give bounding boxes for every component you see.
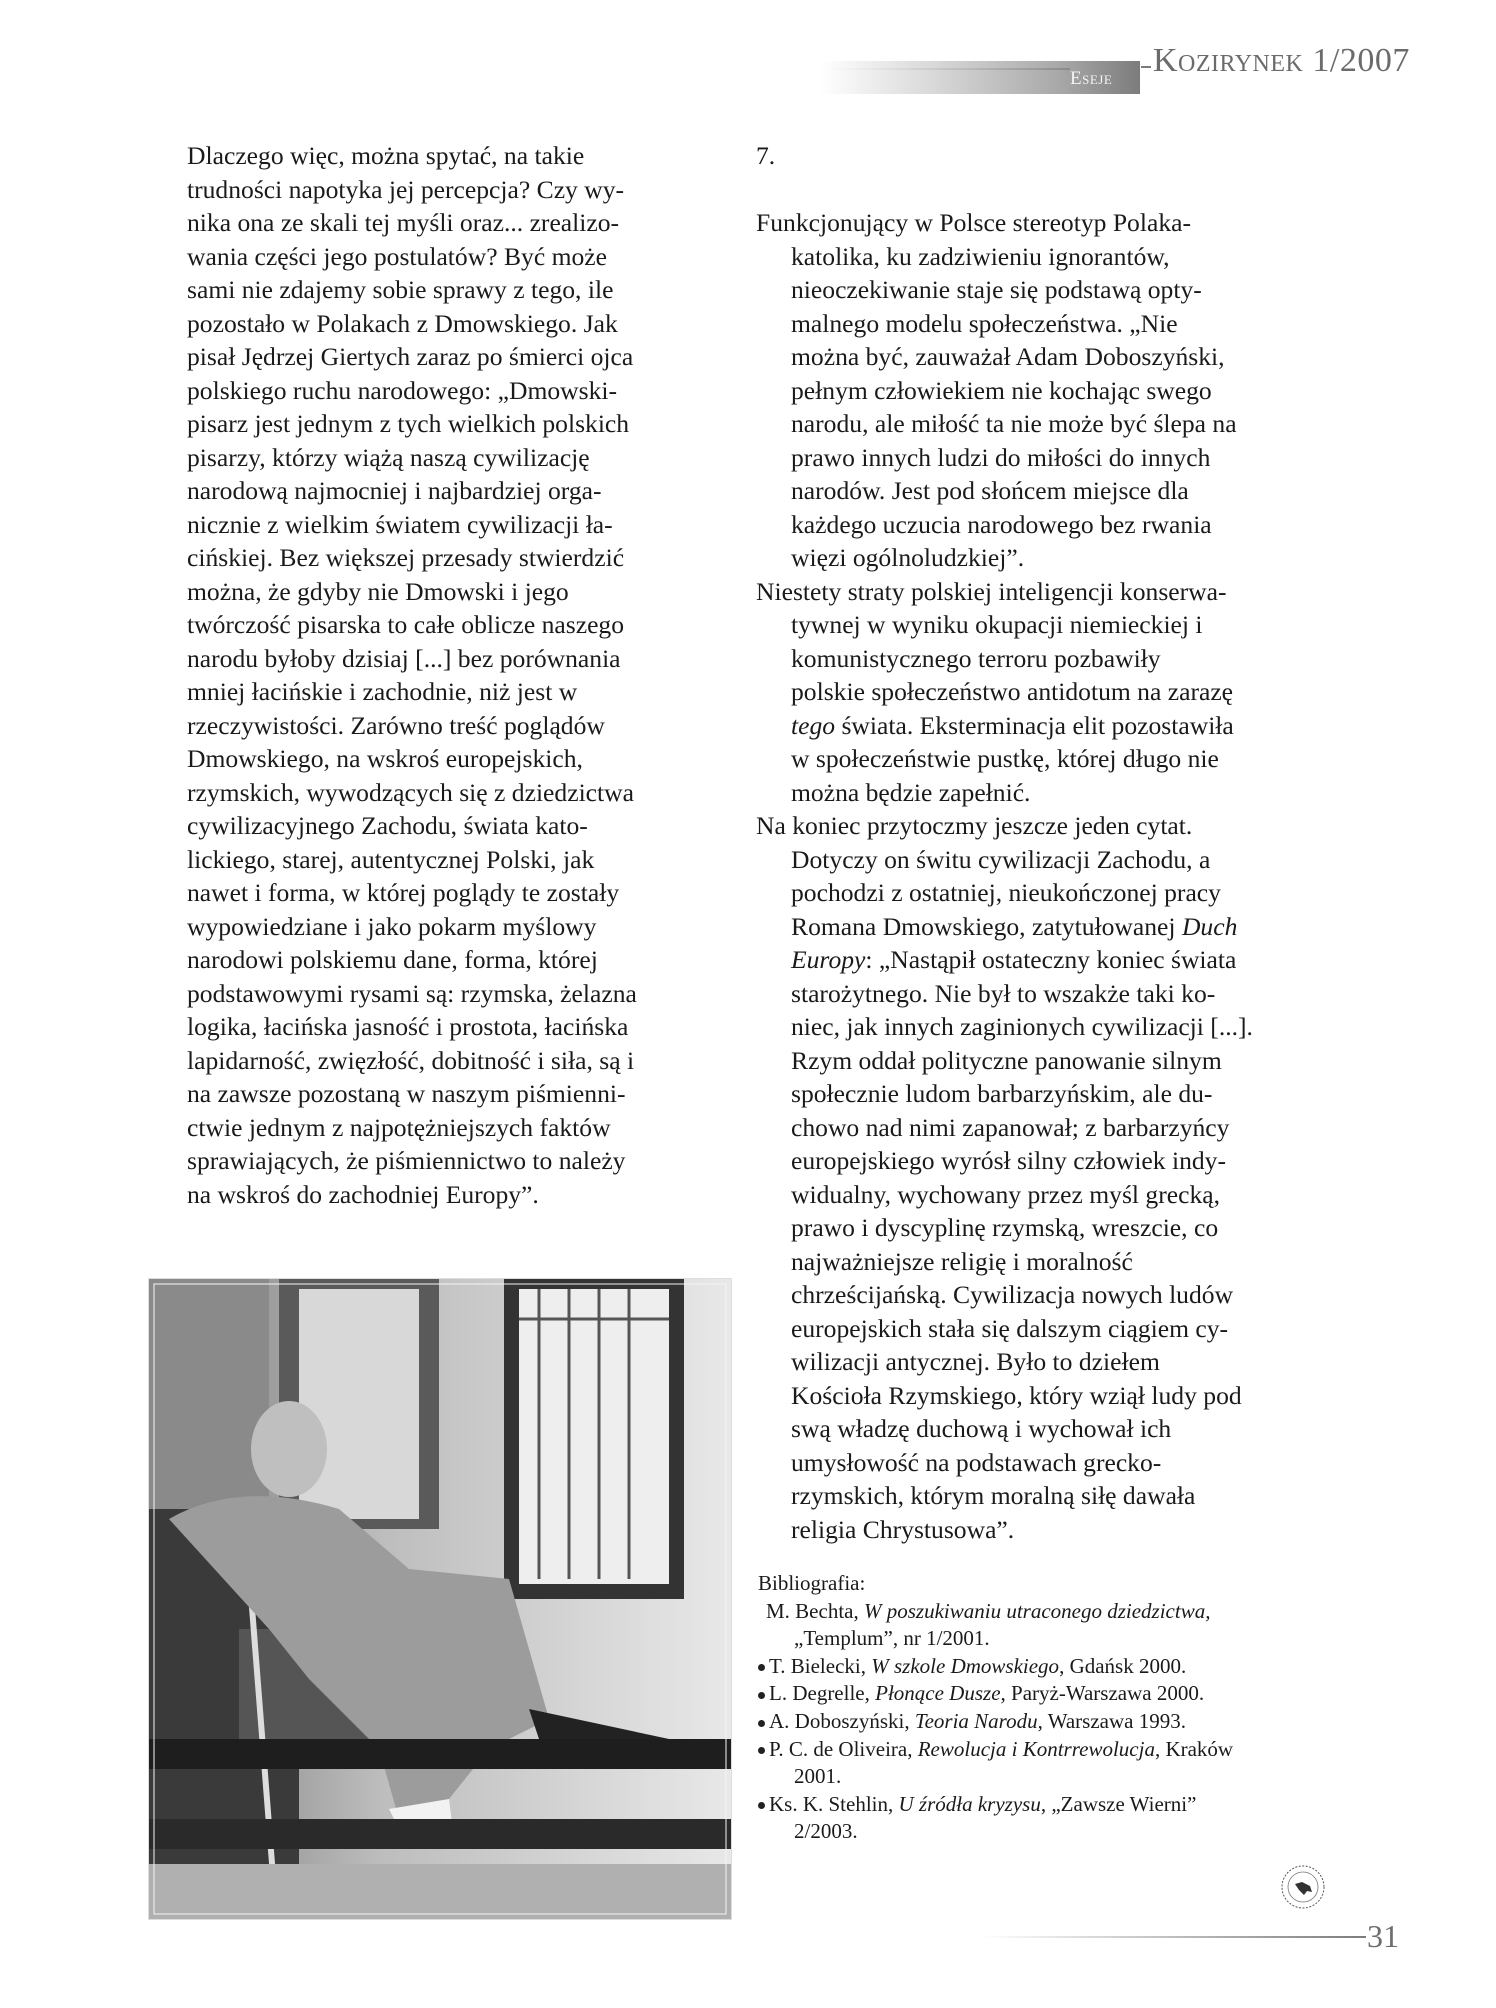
paragraph-line: można, że gdyby nie Dmowski i jego (187, 575, 747, 609)
paragraph-quote: Na koniec przytoczmy jeszcze jeden cytat… (756, 809, 1356, 1546)
paragraph-line: narodów. Jest pod słońcem miejsce dla (756, 474, 1356, 508)
bibliography-entry: Ks. K. Stehlin, U źródła kryzysu, „Zawsz… (758, 1791, 1358, 1819)
paragraph-line: lickiego, starej, autentycznej Polski, j… (187, 843, 747, 877)
paragraph-line: pozostało w Polakach z Dmowskiego. Jak (187, 307, 747, 341)
footer-rule (980, 1936, 1366, 1938)
paragraph-line: prawo i dyscyplinę rzymską, wreszcie, co (756, 1211, 1356, 1245)
paragraph-line: widualny, wychowany przez myśl grecką, (756, 1178, 1356, 1212)
paragraph-line: Romana Dmowskiego, zatytułowanej Duch (756, 910, 1356, 944)
entry-author: P. C. de Oliveira, (769, 1737, 918, 1761)
paragraph-line: sami nie zdajemy sobie sprawy z tego, il… (187, 273, 747, 307)
entry-title: Teoria Narodu (915, 1709, 1038, 1733)
paragraph-line: Dmowskiego, na wskroś europejskich, (187, 742, 747, 776)
paragraph-line: Europy: „Nastąpił ostateczny koniec świa… (756, 943, 1356, 977)
paragraph-line: cywilizacyjnego Zachodu, świata kato- (187, 809, 747, 843)
paragraph-line: więzi ogólnoludzkiej”. (756, 541, 1356, 575)
paragraph-line: można być, zauważał Adam Doboszyński, (756, 340, 1356, 374)
paragraph-line: nika ona ze skali tej myśli oraz... zrea… (187, 206, 747, 240)
paragraph-line: europejskich stała się dalszym ciągiem c… (756, 1312, 1356, 1346)
paragraph-line: narodu, ale miłość ta nie może być ślepa… (756, 407, 1356, 441)
section-label: Eseje (1070, 68, 1112, 90)
entry-author: T. Bielecki, (769, 1654, 871, 1678)
paragraph-line: narodowi polskiemu dane, forma, której (187, 943, 747, 977)
paragraph-line: sprawiających, że piśmiennictwo to należ… (187, 1144, 747, 1178)
entry-author: M. Bechta, (766, 1599, 864, 1623)
paragraph-line: logika, łacińska jasność i prostota, łac… (187, 1010, 747, 1044)
entry-title: Płonące Dusze (875, 1681, 1000, 1705)
bibliography-entry: L. Degrelle, Płonące Dusze, Paryż-Warsza… (758, 1680, 1358, 1708)
bibliography-entry-continuation: 2/2003. (758, 1818, 1358, 1846)
paragraph-line: swą władzę duchową i wychował ich (756, 1412, 1356, 1446)
paragraph-line: polskiego ruchu narodowego: „Dmowski- (187, 374, 747, 408)
bibliography-heading: Bibliografia: (758, 1570, 1358, 1598)
book-title: Europy (791, 945, 865, 974)
bullet-icon (758, 1664, 765, 1671)
entry-title: U źródła kryzysu (899, 1792, 1041, 1816)
paragraph-line: Niestety straty polskiej inteligencji ko… (756, 575, 1356, 609)
paragraph-line: Dotyczy on świtu cywilizacji Zachodu, a (756, 843, 1356, 877)
paragraph-line: narodową najmocniej i najbardziej orga- (187, 474, 747, 508)
paragraph-line: ctwie jednym z najpotężniejszych faktów (187, 1111, 747, 1145)
paragraph-line: malnego modelu społeczeństwa. „Nie (756, 307, 1356, 341)
bibliography-entry: A. Doboszyński, Teoria Narodu, Warszawa … (758, 1708, 1358, 1736)
paragraph-line: cińskiej. Bez większej przesady stwierdz… (187, 541, 747, 575)
portrait-photo (148, 1278, 732, 1920)
paragraph-line: rzymskich, wywodzących się z dziedzictwa (187, 776, 747, 810)
paragraph-line: rzymskich, którym moralną siłę dawała (756, 1479, 1356, 1513)
paragraph-line: niec, jak innych zaginionych cywilizacji… (756, 1010, 1356, 1044)
right-column: 7. Funkcjonujący w Polsce stereotyp Pola… (756, 139, 1356, 1546)
paragraph-line: wilizacji antycznej. Było to dziełem (756, 1345, 1356, 1379)
bibliography-entry-continuation: „Templum”, nr 1/2001. (758, 1625, 1358, 1653)
entry-details: , Warszawa 1993. (1038, 1709, 1186, 1733)
paragraph-line: nieoczekiwanie staje się podstawą opty- (756, 273, 1356, 307)
paragraph-line: chowo nad nimi zapanował; z barbarzyńcy (756, 1111, 1356, 1145)
paragraph-line: mniej łacińskie i zachodnie, niż jest w (187, 675, 747, 709)
header-rule (820, 68, 1070, 70)
entry-author: A. Doboszyński, (769, 1709, 915, 1733)
publisher-seal-icon (1280, 1864, 1326, 1910)
paragraph-losses: Niestety straty polskiej inteligencji ko… (756, 575, 1356, 810)
paragraph-line: pisarz jest jednym z tych wielkich polsk… (187, 407, 747, 441)
bullet-icon (758, 1802, 765, 1809)
paragraph-line: rzeczywistości. Zarówno treść poglądów (187, 709, 747, 743)
bibliography-entry: M. Bechta, W poszukiwaniu utraconego dzi… (758, 1598, 1358, 1626)
entry-details: , Kraków (1155, 1737, 1233, 1761)
page-number: 31 (1367, 1918, 1399, 1955)
entry-author: L. Degrelle, (769, 1681, 875, 1705)
paragraph-line: europejskiego wyrósł silny człowiek indy… (756, 1144, 1356, 1178)
paragraph-line: polskie społeczeństwo antidotum na zaraz… (756, 675, 1356, 709)
paragraph-line: Funkcjonujący w Polsce stereotyp Polaka- (756, 206, 1356, 240)
left-column: Dlaczego więc, można spytać, na takietru… (187, 139, 747, 1211)
paragraph-line: na zawsze pozostaną w naszym piśmienni- (187, 1077, 747, 1111)
bullet-icon (758, 1692, 765, 1699)
paragraph-line: najważniejsze religię i moralność (756, 1245, 1356, 1279)
paragraph-line: pełnym człowiekiem nie kochając swego (756, 374, 1356, 408)
header-dash (1141, 66, 1151, 68)
entry-details: , Paryż-Warszawa 2000. (1001, 1681, 1205, 1705)
entry-author: Ks. K. Stehlin, (769, 1792, 899, 1816)
paragraph-line: komunistycznego terroru pozbawiły (756, 642, 1356, 676)
entry-title: Rewolucja i Kontrrewolucja (918, 1737, 1155, 1761)
bullet-icon (758, 1720, 765, 1727)
paragraph-line: pisał Jędrzej Giertych zaraz po śmierci … (187, 340, 747, 374)
paragraph-line: społecznie ludom barbarzyńskim, ale du- (756, 1077, 1356, 1111)
paragraph-line: wania części jego postulatów? Być może (187, 240, 747, 274)
magazine-title: Kozirynek 1/2007 (1153, 42, 1410, 80)
paragraph-line: trudności napotyka jej percepcja? Czy wy… (187, 173, 747, 207)
paragraph-line: Rzym oddał polityczne panowanie silnym (756, 1044, 1356, 1078)
bibliography-entry: T. Bielecki, W szkole Dmowskiego, Gdańsk… (758, 1653, 1358, 1681)
paragraph-line: na wskroś do zachodniej Europy”. (187, 1178, 747, 1212)
entry-title: W szkole Dmowskiego (871, 1654, 1059, 1678)
bullet-icon (758, 1747, 765, 1754)
bibliography: Bibliografia: M. Bechta, W poszukiwaniu … (758, 1570, 1358, 1846)
paragraph-line: Na koniec przytoczmy jeszcze jeden cytat… (756, 809, 1356, 843)
entry-title: W poszukiwaniu utraconego dziedzictwa, (864, 1599, 1210, 1623)
paragraph-line: w społeczeństwie pustkę, której długo ni… (756, 742, 1356, 776)
paragraph-line: starożytnego. Nie był to wszakże taki ko… (756, 977, 1356, 1011)
emphasis-word: tego (791, 711, 835, 740)
paragraph-line: pisarzy, którzy wiążą naszą cywilizację (187, 441, 747, 475)
paragraph-line: wypowiedziane i jako pokarm myślowy (187, 910, 747, 944)
paragraph-line: twórczość pisarska to całe oblicze nasze… (187, 608, 747, 642)
paragraph-line: każdego uczucia narodowego bez rwania (756, 508, 1356, 542)
entry-details: , „Zawsze Wierni” (1041, 1792, 1197, 1816)
paragraph-line: nawet i forma, w której poglądy te zosta… (187, 876, 747, 910)
paragraph-line: narodu byłoby dzisiaj [...] bez porównan… (187, 642, 747, 676)
paragraph-line: podstawowymi rysami są: rzymska, żelazna (187, 977, 747, 1011)
photo-illustration (149, 1279, 731, 1919)
paragraph-line: nicznie z wielkim światem cywilizacji ła… (187, 508, 747, 542)
paragraph-line: pochodzi z ostatniej, nieukończonej prac… (756, 876, 1356, 910)
bibliography-entry-continuation: 2001. (758, 1763, 1358, 1791)
section-number: 7. (756, 139, 1356, 206)
paragraph-line: umysłowość na podstawach grecko- (756, 1446, 1356, 1480)
paragraph-line: Dlaczego więc, można spytać, na takie (187, 139, 747, 173)
paragraph-line: tego świata. Eksterminacja elit pozostaw… (756, 709, 1356, 743)
paragraph-line: Kościoła Rzymskiego, który wziął ludy po… (756, 1379, 1356, 1413)
bibliography-entry: P. C. de Oliveira, Rewolucja i Kontrrewo… (758, 1736, 1358, 1764)
paragraph-line: religia Chrystusowa”. (756, 1513, 1356, 1547)
paragraph-line: lapidarność, zwięzłość, dobitność i siła… (187, 1044, 747, 1078)
paragraph-line: katolika, ku zadziwieniu ignorantów, (756, 240, 1356, 274)
paragraph-line: można będzie zapełnić. (756, 776, 1356, 810)
paragraph-line: prawo innych ludzi do miłości do innych (756, 441, 1356, 475)
entry-details: , Gdańsk 2000. (1059, 1654, 1186, 1678)
paragraph-line: chrześcijańską. Cywilizacja nowych ludów (756, 1278, 1356, 1312)
book-title: Duch (1182, 912, 1237, 941)
paragraph-line: tywnej w wyniku okupacji niemieckiej i (756, 608, 1356, 642)
paragraph-stereotype: Funkcjonujący w Polsce stereotyp Polaka-… (756, 206, 1356, 575)
